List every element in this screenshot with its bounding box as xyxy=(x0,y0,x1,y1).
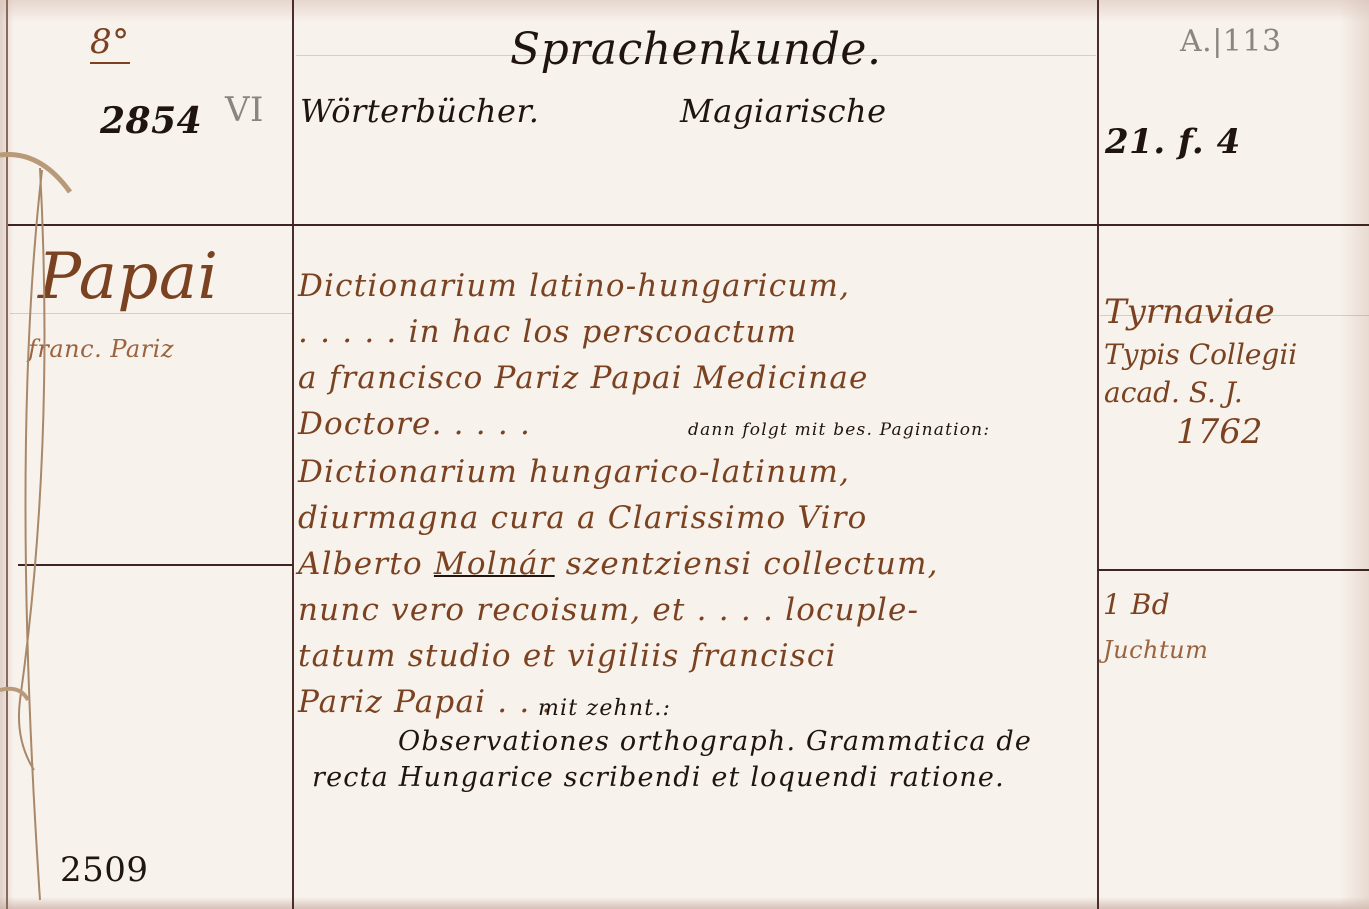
entry-line: diurmagna cura a Clarissimo Viro xyxy=(298,500,868,536)
entry-line: nunc vero recoisum, et . . . . locuple- xyxy=(298,592,919,628)
roman-section: VI xyxy=(225,90,264,130)
entry-word: Alberto xyxy=(298,546,423,582)
pencil-signature: A.|113 xyxy=(1180,24,1282,59)
entry-line: . . . . . in hac los perscoactum xyxy=(298,314,797,350)
shelf-number: 2854 xyxy=(100,100,202,142)
volume-count: 1 Bd xyxy=(1103,588,1170,621)
column-divider-left xyxy=(292,0,294,909)
binding-material: Juchtum xyxy=(1103,636,1208,664)
author-surname: Papai xyxy=(38,240,218,314)
pagination-note: dann folgt mit bes. Pagination: xyxy=(688,420,990,440)
author-given-name: franc. Pariz xyxy=(28,335,174,363)
underlined-name: Molnár xyxy=(434,546,555,582)
entry-word: szentziensi collectum, xyxy=(566,546,939,582)
ink-signature: 21. f. 4 xyxy=(1105,122,1241,162)
appendix-line: recta Hungarice scribendi et loquendi ra… xyxy=(312,762,1005,793)
row-divider-right xyxy=(1097,569,1369,571)
entry-line: Pariz Papai . . . xyxy=(298,684,553,720)
format-mark: 8° xyxy=(90,22,130,62)
subject-heading-2: Magiarische xyxy=(680,92,887,130)
appendix-note: mit zehnt.: xyxy=(538,696,671,721)
entry-line: Dictionarium latino-hungaricum, xyxy=(298,268,850,304)
catalog-card: 8° 2854 VI Sprachenkunde. Wörterbücher. … xyxy=(0,0,1369,909)
imprint-place: Tyrnaviae xyxy=(1104,292,1275,332)
imprint-year: 1762 xyxy=(1176,412,1263,452)
entry-line: Alberto Molnár szentziensi collectum, xyxy=(298,546,939,582)
card-left-edge xyxy=(6,0,8,909)
format-text: 8° xyxy=(90,22,130,64)
topic-heading: Sprachenkunde. xyxy=(510,24,881,75)
entry-line: a francisco Pariz Papai Medicinae xyxy=(298,360,869,396)
column-divider-right xyxy=(1097,0,1099,909)
imprint-printer: Typis Collegii xyxy=(1104,338,1297,371)
row-divider-left xyxy=(18,564,293,566)
imprint-printer-2: acad. S. J. xyxy=(1104,376,1243,409)
row-divider-header xyxy=(8,224,1369,226)
accession-number: 2509 xyxy=(60,850,149,890)
entry-line: Doctore. . . . . xyxy=(298,406,531,442)
entry-line: tatum studio et vigiliis francisci xyxy=(298,638,837,674)
entry-line: Dictionarium hungarico-latinum, xyxy=(298,454,850,490)
subject-heading-1: Wörterbücher. xyxy=(300,92,539,130)
appendix-line: Observationes orthograph. Grammatica de xyxy=(398,726,1032,757)
